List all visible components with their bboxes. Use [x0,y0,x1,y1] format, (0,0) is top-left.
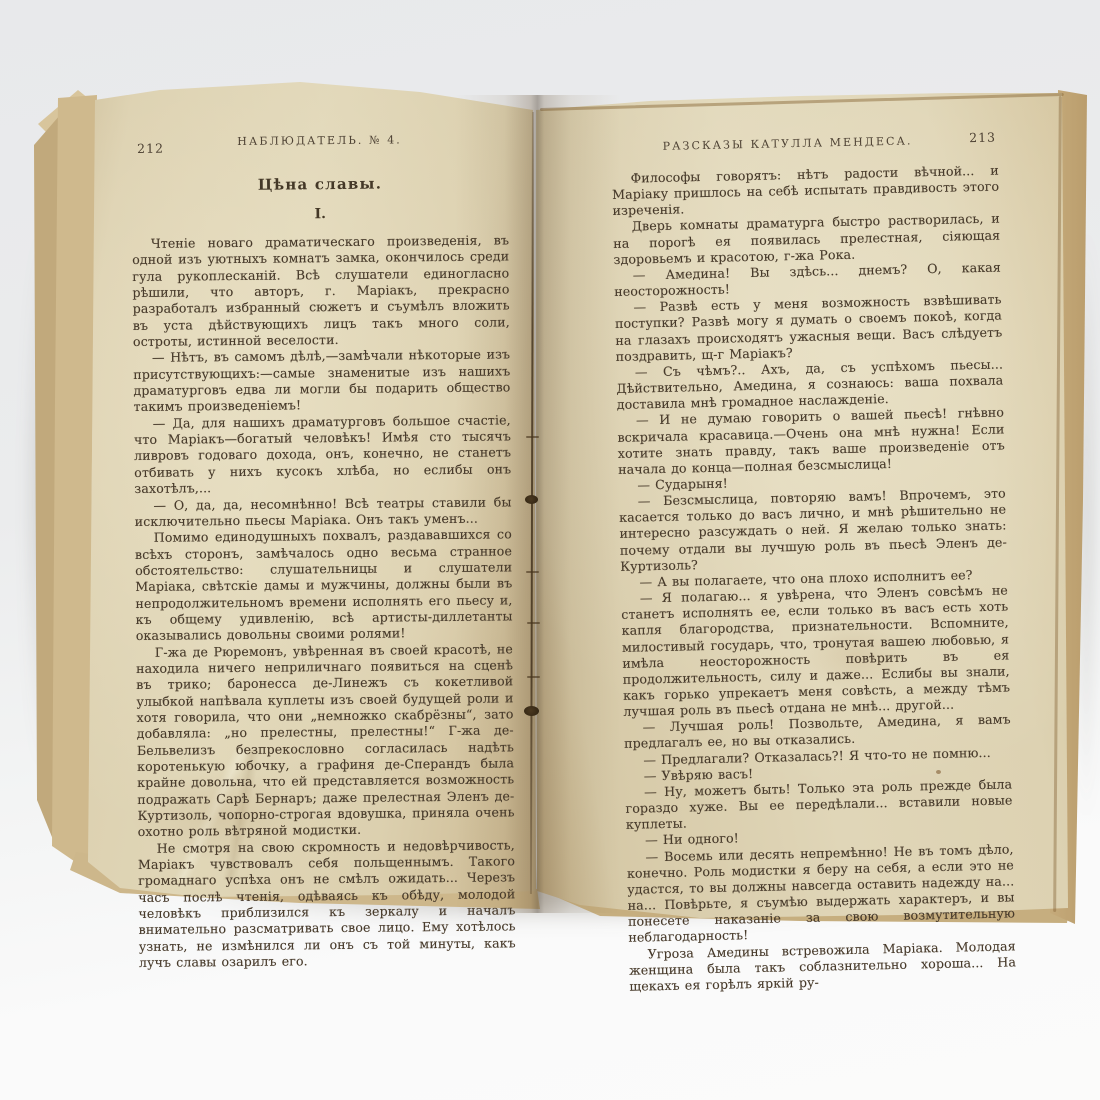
paragraph: Чтеніе новаго драматическаго произведені… [132,232,510,350]
paragraph: — О, да, да, несомнѣнно! Всѣ театры став… [134,494,511,530]
paragraph: — Ну, можетъ быть! Только эта роль прежд… [625,776,1013,833]
paragraph: Философы говорятъ: нѣтъ радости вѣчной..… [612,163,1000,220]
paragraph: — Я полагаю... я увѣрена, что Эленъ совс… [621,583,1011,721]
story-title: Цѣна славы. [131,173,508,195]
chapter-number: I. [132,204,509,224]
paragraph: Г-жа де Рюремонъ, увѣренная въ своей кра… [136,641,515,841]
paragraph: — Развѣ есть у меня возможность взвѣшива… [614,292,1002,365]
stitch-tick [527,622,540,624]
paragraph: Угроза Амедины встревожила Маріака. Моло… [629,938,1017,995]
paragraph: — Восемь или десять непремѣнно! Не въ то… [626,841,1015,946]
paragraph: — Съ чѣмъ?.. Ахъ, да, съ успѣхомъ пьесы.… [616,356,1004,413]
stitch-tick [526,571,539,573]
paragraph: — Да, для нашихъ драматурговъ большое сч… [134,412,512,497]
left-page-text: 212 НАБЛЮДАТЕЛЬ. № 4. Цѣна славы. I. Чте… [131,132,516,971]
right-page-number: 213 [969,130,996,146]
paragraph: — И не думаю говорить о вашей пьесѣ! гнѣ… [617,405,1005,478]
paragraph: Помимо единодушныхъ похвалъ, раздававших… [135,527,513,645]
paragraph: — Безсмыслица, повторяю вамъ! Впрочемъ, … [619,486,1008,575]
stitch-knot [524,706,539,716]
right-page-paragraphs: Философы говорятъ: нѣтъ радости вѣчной..… [612,163,1017,995]
paragraph: — Нѣтъ, въ самомъ дѣлѣ,—замѣчали нѣкотор… [133,347,511,416]
right-page-text: РАЗСКАЗЫ КАТУЛЛА МЕНДЕСА. 213 Философы г… [611,133,1017,995]
paragraph: Дверь комнаты драматурга быстро раствори… [613,211,1001,268]
open-book-photo: 212 НАБЛЮДАТЕЛЬ. № 4. Цѣна славы. I. Чте… [0,0,1100,1100]
stitch-knot [525,495,538,504]
stitch-tick [527,676,540,678]
stitch-tick [526,436,539,438]
left-running-header-row: 212 НАБЛЮДАТЕЛЬ. № 4. [131,132,508,152]
left-page-paragraphs: Чтеніе новаго драматическаго произведені… [132,232,516,971]
paragraph: Не смотря на свою скромность и недовѣрчи… [138,837,516,971]
left-running-header: НАБЛЮДАТЕЛЬ. № 4. [237,133,402,148]
left-page-number: 212 [137,141,164,156]
